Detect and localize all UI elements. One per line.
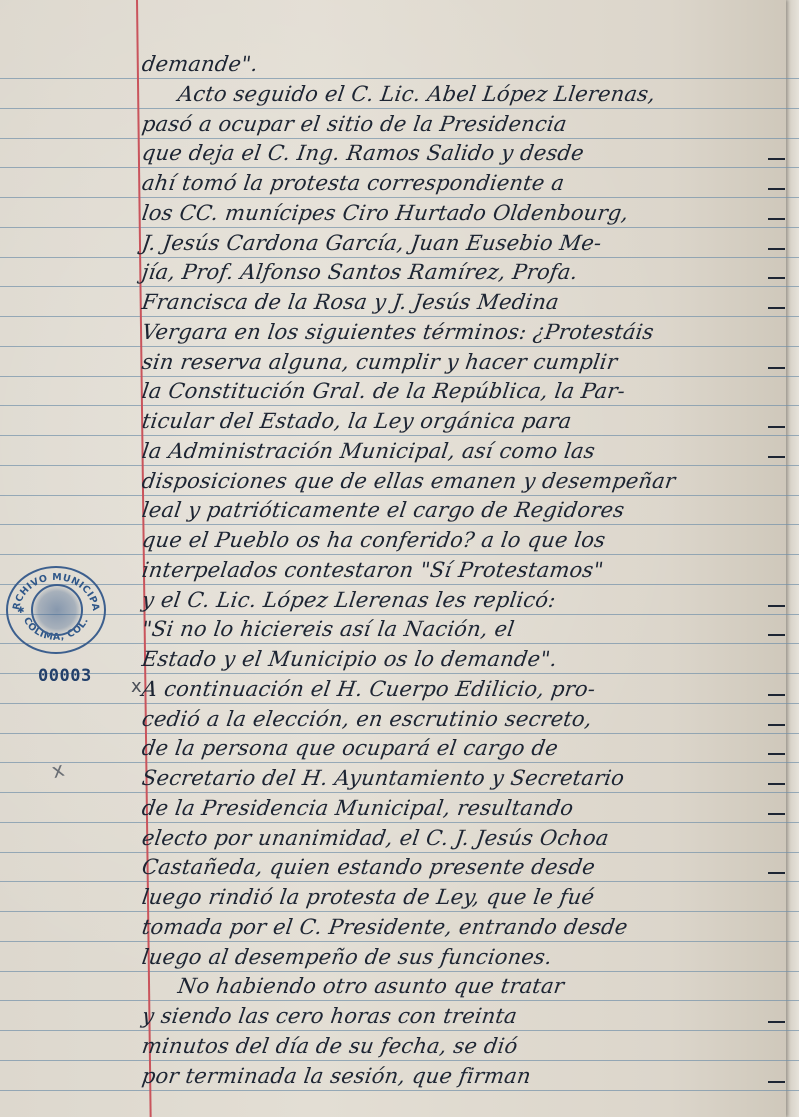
handwritten-line: Secretario del H. Ayuntamiento y Secreta… — [140, 764, 794, 794]
stamp-seal-emblem — [31, 584, 83, 636]
handwritten-line: luego al desempeño de sus funciones. — [140, 943, 794, 973]
line-filler-dash — [768, 367, 785, 369]
ledger-page: ARCHIVO MUNICIPAL COLIMA, COL. ✱ 00003 x… — [0, 0, 786, 1117]
line-filler-dash — [768, 426, 785, 428]
handwritten-line: leal y patrióticamente el cargo de Regid… — [140, 496, 794, 526]
handwritten-line: ahí tomó la protesta correspondiente a — [140, 169, 794, 199]
line-filler-dash — [768, 218, 785, 220]
handwritten-line: J. Jesús Cardona García, Juan Eusebio Me… — [140, 229, 794, 259]
handwritten-line: de la persona que ocupará el cargo de — [140, 734, 794, 764]
margin-x-mark-faint: x — [49, 757, 67, 783]
handwritten-line: por terminada la sesión, que firman — [140, 1062, 794, 1092]
handwritten-line: y siendo las cero horas con treinta — [140, 1002, 794, 1032]
line-filler-dash — [768, 1021, 785, 1023]
line-filler-dash — [768, 605, 785, 607]
handwritten-line: tomada por el C. Presidente, entrando de… — [140, 913, 794, 943]
handwritten-line: "Si no lo hiciereis así la Nación, el — [140, 615, 794, 645]
handwritten-line: la Administración Municipal, así como la… — [140, 437, 794, 467]
handwritten-line: Francisca de la Rosa y J. Jesús Medina — [140, 288, 794, 318]
handwritten-text-body: demande".Acto seguido el C. Lic. Abel Ló… — [142, 50, 792, 1091]
line-filler-dash — [768, 813, 785, 815]
archivo-municipal-stamp: ARCHIVO MUNICIPAL COLIMA, COL. ✱ — [6, 566, 106, 654]
line-filler-dash — [768, 1081, 785, 1083]
handwritten-line: sin reserva alguna, cumplir y hacer cump… — [140, 348, 794, 378]
handwritten-line: Estado y el Municipio os lo demande". — [140, 645, 794, 675]
handwritten-line: A continuación el H. Cuerpo Edilicio, pr… — [140, 675, 794, 705]
line-filler-dash — [768, 307, 785, 309]
line-filler-dash — [768, 753, 785, 755]
handwritten-line: ticular del Estado, la Ley orgánica para — [140, 407, 794, 437]
line-filler-dash — [768, 158, 785, 160]
line-filler-dash — [768, 783, 785, 785]
line-filler-dash — [768, 248, 785, 250]
line-filler-dash — [768, 188, 785, 190]
handwritten-line: disposiciones que de ellas emanen y dese… — [140, 467, 794, 497]
handwritten-line: pasó a ocupar el sitio de la Presidencia — [140, 110, 794, 140]
handwritten-line: los CC. munícipes Ciro Hurtado Oldenbour… — [140, 199, 794, 229]
handwritten-line: cedió a la elección, en escrutinio secre… — [140, 705, 794, 735]
stamp-ornament-icon: ✱ — [17, 606, 25, 616]
handwritten-line: de la Presidencia Municipal, resultando — [140, 794, 794, 824]
handwritten-line: demande". — [140, 50, 794, 80]
handwritten-line: Castañeda, quien estando presente desde — [140, 853, 794, 883]
line-filler-dash — [768, 724, 785, 726]
handwritten-line: la Constitución Gral. de la República, l… — [140, 377, 794, 407]
handwritten-line: No habiendo otro asunto que tratar — [140, 972, 794, 1002]
handwritten-line: Acto seguido el C. Lic. Abel López Llere… — [140, 80, 794, 110]
line-filler-dash — [768, 872, 785, 874]
handwritten-line: minutos del día de su fecha, se dió — [140, 1032, 794, 1062]
line-filler-dash — [768, 694, 785, 696]
handwritten-line: electo por unanimidad, el C. J. Jesús Oc… — [140, 824, 794, 854]
handwritten-line: luego rindió la protesta de Ley, que le … — [140, 883, 794, 913]
folio-number: 00003 — [38, 666, 92, 686]
handwritten-line: que deja el C. Ing. Ramos Salido y desde — [140, 139, 794, 169]
handwritten-line: que el Pueblo os ha conferido? a lo que … — [140, 526, 794, 556]
margin-x-mark: x — [131, 676, 142, 697]
handwritten-line: jía, Prof. Alfonso Santos Ramírez, Profa… — [140, 258, 794, 288]
line-filler-dash — [768, 456, 785, 458]
handwritten-line: interpelados contestaron "Sí Protestamos… — [140, 556, 794, 586]
line-filler-dash — [768, 277, 785, 279]
line-filler-dash — [768, 634, 785, 636]
handwritten-line: y el C. Lic. López Llerenas les replicó: — [140, 586, 794, 616]
handwritten-line: Vergara en los siguientes términos: ¿Pro… — [140, 318, 794, 348]
